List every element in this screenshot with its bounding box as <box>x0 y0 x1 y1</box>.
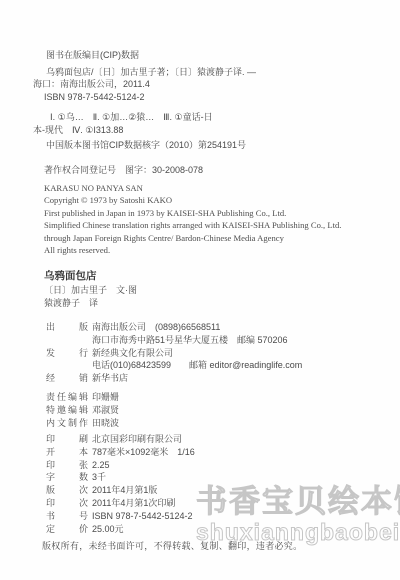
guest-editor-label: 特邀编辑 <box>46 404 88 417</box>
cip-block: 图书在版编目(CIP)数据 乌鸦面包店/〔日〕加古里子著；〔日〕猿渡静子译. —… <box>33 49 400 136</box>
word-count-value: 3千 <box>92 471 106 484</box>
distributor-contact-row: 电话(010)68423599 邮箱 editor@readinglife.co… <box>46 359 400 372</box>
colophon-page: 图书在版编目(CIP)数据 乌鸦面包店/〔日〕加古里子著；〔日〕猿渡静子译. —… <box>0 0 400 580</box>
format-row: 开本 787毫米×1092毫米 1/16 <box>46 446 400 459</box>
book-number-label: 书号 <box>46 510 88 523</box>
cip-classification-line-2: 本-现代 Ⅳ. ①I313.88 <box>33 124 400 137</box>
english-translation-rights-line: Simplified Chinese translation rights ar… <box>44 219 400 232</box>
retailer-row: 经销 新华书店 <box>46 372 400 385</box>
copyright-registration: 著作权合同登记号 图字：30-2008-078 <box>44 164 400 177</box>
layout-production-row: 内文制作 田晓波 <box>46 417 400 430</box>
copyright-block: 著作权合同登记号 图字：30-2008-078 KARASU NO PANYA … <box>33 164 400 257</box>
guest-editor-value: 邓淑贤 <box>92 404 119 417</box>
sheets-label: 印张 <box>46 459 88 472</box>
retailer-value: 新华书店 <box>92 372 128 385</box>
publication-block: 出版 南海出版公司 (0898)66568511 海口市海秀中路51号星华大厦五… <box>33 321 400 385</box>
price-label: 定价 <box>46 523 88 536</box>
staff-block: 责任编辑 印姗姗 特邀编辑 邓淑贤 内文制作 田晓波 <box>33 391 400 429</box>
publisher-address-row: 海口市海秀中路51号星华大厦五楼 邮编 570206 <box>46 334 400 347</box>
translator-line: 猿渡静子 译 <box>44 297 400 311</box>
book-title: 乌鸦面包店 <box>44 270 400 284</box>
publisher-label: 出版 <box>46 321 88 334</box>
distributor-label: 发行 <box>46 347 88 360</box>
cip-heading: 图书在版编目(CIP)数据 <box>33 49 400 62</box>
printer-row: 印刷 北京国彩印刷有限公司 <box>46 433 400 446</box>
english-rights-reserved-line: All rights reserved. <box>44 244 400 257</box>
english-agency-line: through Japan Foreign Rights Centre/ Bar… <box>44 232 400 245</box>
sheets-value: 2.25 <box>92 459 110 472</box>
cip-title-line: 乌鸦面包店/〔日〕加古里子著；〔日〕猿渡静子译. — <box>33 66 400 79</box>
word-count-row: 字数 3千 <box>46 471 400 484</box>
responsible-editor-value: 印姗姗 <box>92 391 119 404</box>
edition-value: 2011年4月第1版 <box>92 484 157 497</box>
price-value: 25.00元 <box>92 523 124 536</box>
edition-row: 版次 2011年4月第1版 <box>46 484 400 497</box>
rights-disclaimer: 版权所有，未经书面许可，不得转载、复制、翻印，违者必究。 <box>33 540 400 553</box>
print-info-block: 印刷 北京国彩印刷有限公司 开本 787毫米×1092毫米 1/16 印张 2.… <box>33 433 400 535</box>
impression-value: 2011年4月第1次印刷 <box>92 497 175 510</box>
impression-row: 印次 2011年4月第1次印刷 <box>46 497 400 510</box>
book-number-row: 书号 ISBN 978-7-5442-5124-2 <box>46 510 400 523</box>
publisher-row: 出版 南海出版公司 (0898)66568511 <box>46 321 400 334</box>
author-line: 〔日〕加古里子 文·图 <box>44 284 400 298</box>
cip-publisher-line: 海口：南海出版公司，2011.4 <box>33 78 400 91</box>
guest-editor-row: 特邀编辑 邓淑贤 <box>46 404 400 417</box>
sheets-row: 印张 2.25 <box>46 459 400 472</box>
printer-value: 北京国彩印刷有限公司 <box>92 433 182 446</box>
book-number-value: ISBN 978-7-5442-5124-2 <box>92 510 193 523</box>
publisher-value: 南海出版公司 (0898)66568511 <box>92 321 220 334</box>
distributor-row: 发行 新经典文化有限公司 <box>46 347 400 360</box>
cip-isbn-line: ISBN 978-7-5442-5124-2 <box>33 91 400 104</box>
english-title-line: KARASU NO PANYA SAN <box>44 182 400 195</box>
blank-label <box>46 334 88 347</box>
price-row: 定价 25.00元 <box>46 523 400 536</box>
blank-label <box>46 359 88 372</box>
format-label: 开本 <box>46 446 88 459</box>
english-copyright-line: Copyright © 1973 by Satoshi KAKO <box>44 194 400 207</box>
title-block: 乌鸦面包店 〔日〕加古里子 文·图 猿渡静子 译 <box>33 270 400 311</box>
layout-production-value: 田晓波 <box>92 417 119 430</box>
english-first-published-line: First published in Japan in 1973 by KAIS… <box>44 207 400 220</box>
responsible-editor-label: 责任编辑 <box>46 391 88 404</box>
printer-label: 印刷 <box>46 433 88 446</box>
edition-label: 版次 <box>46 484 88 497</box>
publisher-address-value: 海口市海秀中路51号星华大厦五楼 邮编 570206 <box>92 334 288 347</box>
cip-classification-line-1: Ⅰ. ①乌… Ⅱ. ①加…②猿… Ⅲ. ①童话-日 <box>33 111 400 124</box>
distributor-contact-value: 电话(010)68423599 邮箱 editor@readinglife.co… <box>92 359 302 372</box>
impression-label: 印次 <box>46 497 88 510</box>
retailer-label: 经销 <box>46 372 88 385</box>
layout-production-label: 内文制作 <box>46 417 88 430</box>
word-count-label: 字数 <box>46 471 88 484</box>
distributor-value: 新经典文化有限公司 <box>92 347 173 360</box>
responsible-editor-row: 责任编辑 印姗姗 <box>46 391 400 404</box>
cip-record-number: 中国版本图书馆CIP数据核字（2010）第254191号 <box>33 139 400 152</box>
format-value: 787毫米×1092毫米 1/16 <box>92 446 195 459</box>
